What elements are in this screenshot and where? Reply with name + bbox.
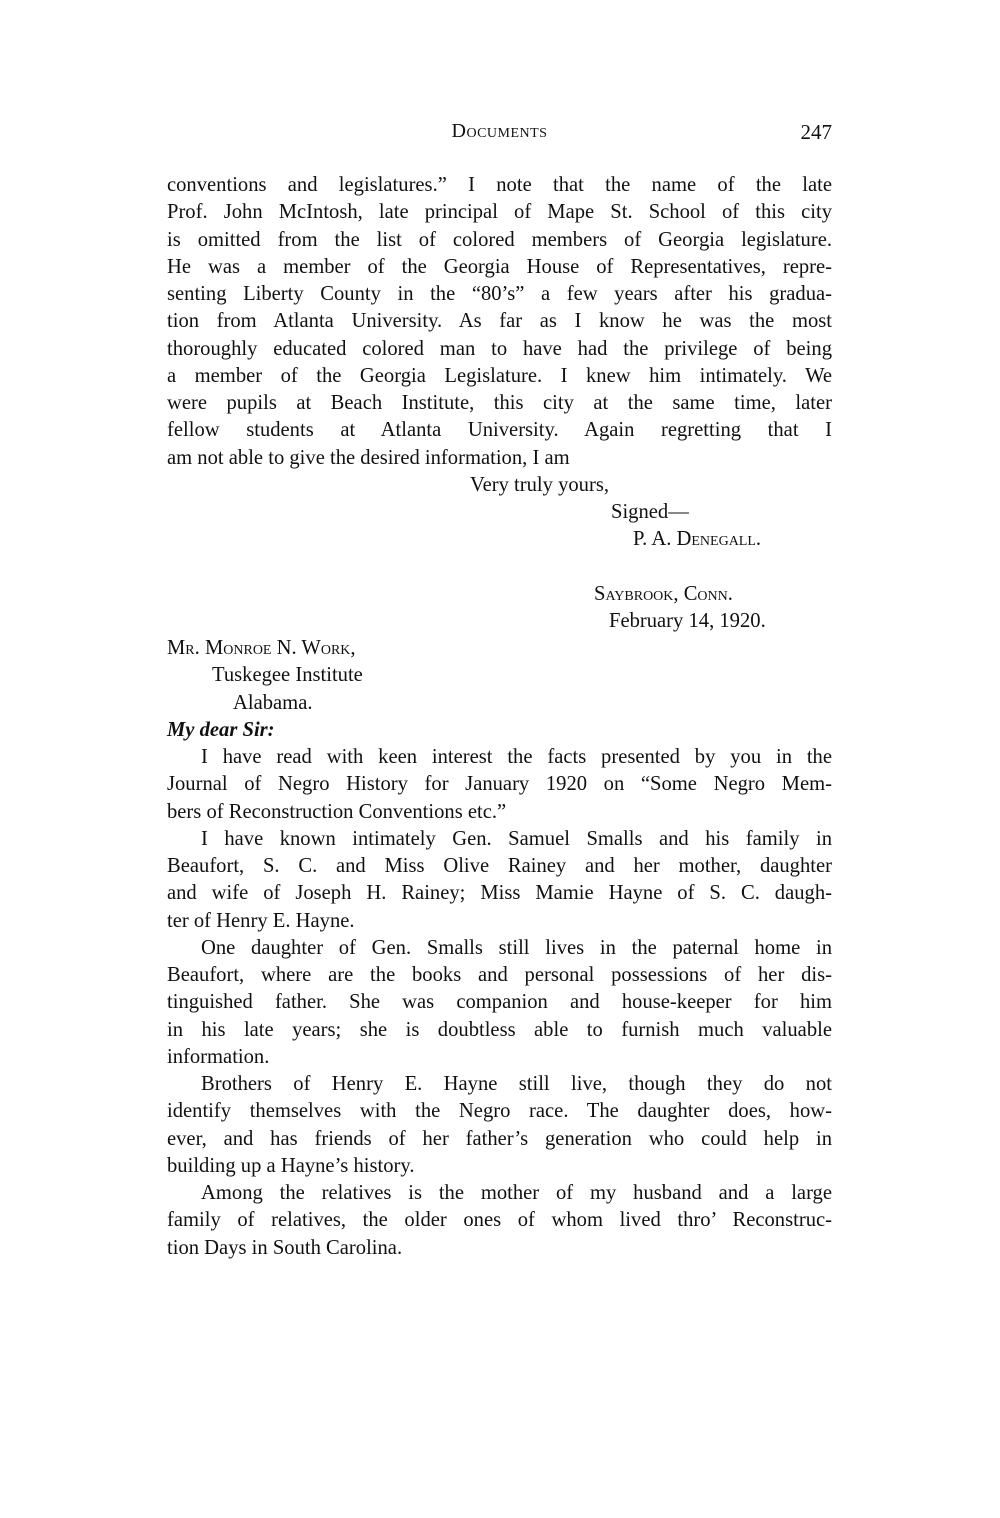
text-line: were pupils at Beach Institute, this cit… (167, 390, 832, 417)
text-line: building up a Hayne’s history. (167, 1153, 832, 1180)
text-line: and wife of Joseph H. Rainey; Miss Mamie… (167, 880, 832, 907)
closing: Very truly yours, (470, 472, 609, 499)
date: February 14, 1920. (609, 608, 766, 635)
addressee-name: Mr. Monroe N. Work, (167, 635, 832, 662)
text-line: He was a member of the Georgia House of … (167, 254, 832, 281)
signed-label: Signed— (611, 499, 689, 526)
text-line: is omitted from the list of colored memb… (167, 227, 832, 254)
text-line: tion from Atlanta University. As far as … (167, 308, 832, 335)
text-line: senting Liberty County in the “80’s” a f… (167, 281, 832, 308)
text-line: I have read with keen interest the facts… (201, 744, 832, 771)
salutation: My dear Sir: (167, 717, 832, 744)
text-line: Brothers of Henry E. Hayne still live, t… (201, 1071, 832, 1098)
place: Saybrook, Conn. (594, 581, 733, 608)
signature: P. A. Denegall. (633, 526, 761, 553)
text-line: Among the relatives is the mother of my … (201, 1180, 832, 1207)
text-line: Prof. John McIntosh, late principal of M… (167, 199, 832, 226)
text-line: am not able to give the desired informat… (167, 445, 832, 472)
text-line: tion Days in South Carolina. (167, 1235, 832, 1262)
text-line: bers of Reconstruction Conventions etc.” (167, 799, 832, 826)
text-line: conventions and legislatures.” I note th… (167, 172, 832, 199)
text-line: in his late years; she is doubtless able… (167, 1017, 832, 1044)
addressee-state: Alabama. (233, 690, 312, 717)
text-line: identify themselves with the Negro race.… (167, 1098, 832, 1125)
text-line: I have known intimately Gen. Samuel Smal… (201, 826, 832, 853)
text-line: Beaufort, S. C. and Miss Olive Rainey an… (167, 853, 832, 880)
text-line: information. (167, 1044, 832, 1071)
addressee-institution: Tuskegee Institute (212, 662, 363, 689)
text-line: tinguished father. She was companion and… (167, 989, 832, 1016)
text-line: ever, and has friends of her father’s ge… (167, 1126, 832, 1153)
running-title: Documents (167, 120, 832, 143)
text-line: a member of the Georgia Legislature. I k… (167, 363, 832, 390)
text-line: Beaufort, where are the books and person… (167, 962, 832, 989)
text-line: thoroughly educated colored man to have … (167, 336, 832, 363)
page-number: 247 (801, 120, 833, 145)
running-head: Documents 247 (167, 120, 832, 148)
document-page: Documents 247 conventions and legislatur… (0, 0, 1000, 1518)
text-line: ter of Henry E. Hayne. (167, 908, 832, 935)
text-line: One daughter of Gen. Smalls still lives … (201, 935, 832, 962)
text-line: Journal of Negro History for January 192… (167, 771, 832, 798)
text-line: family of relatives, the older ones of w… (167, 1207, 832, 1234)
text-line: fellow students at Atlanta University. A… (167, 417, 832, 444)
